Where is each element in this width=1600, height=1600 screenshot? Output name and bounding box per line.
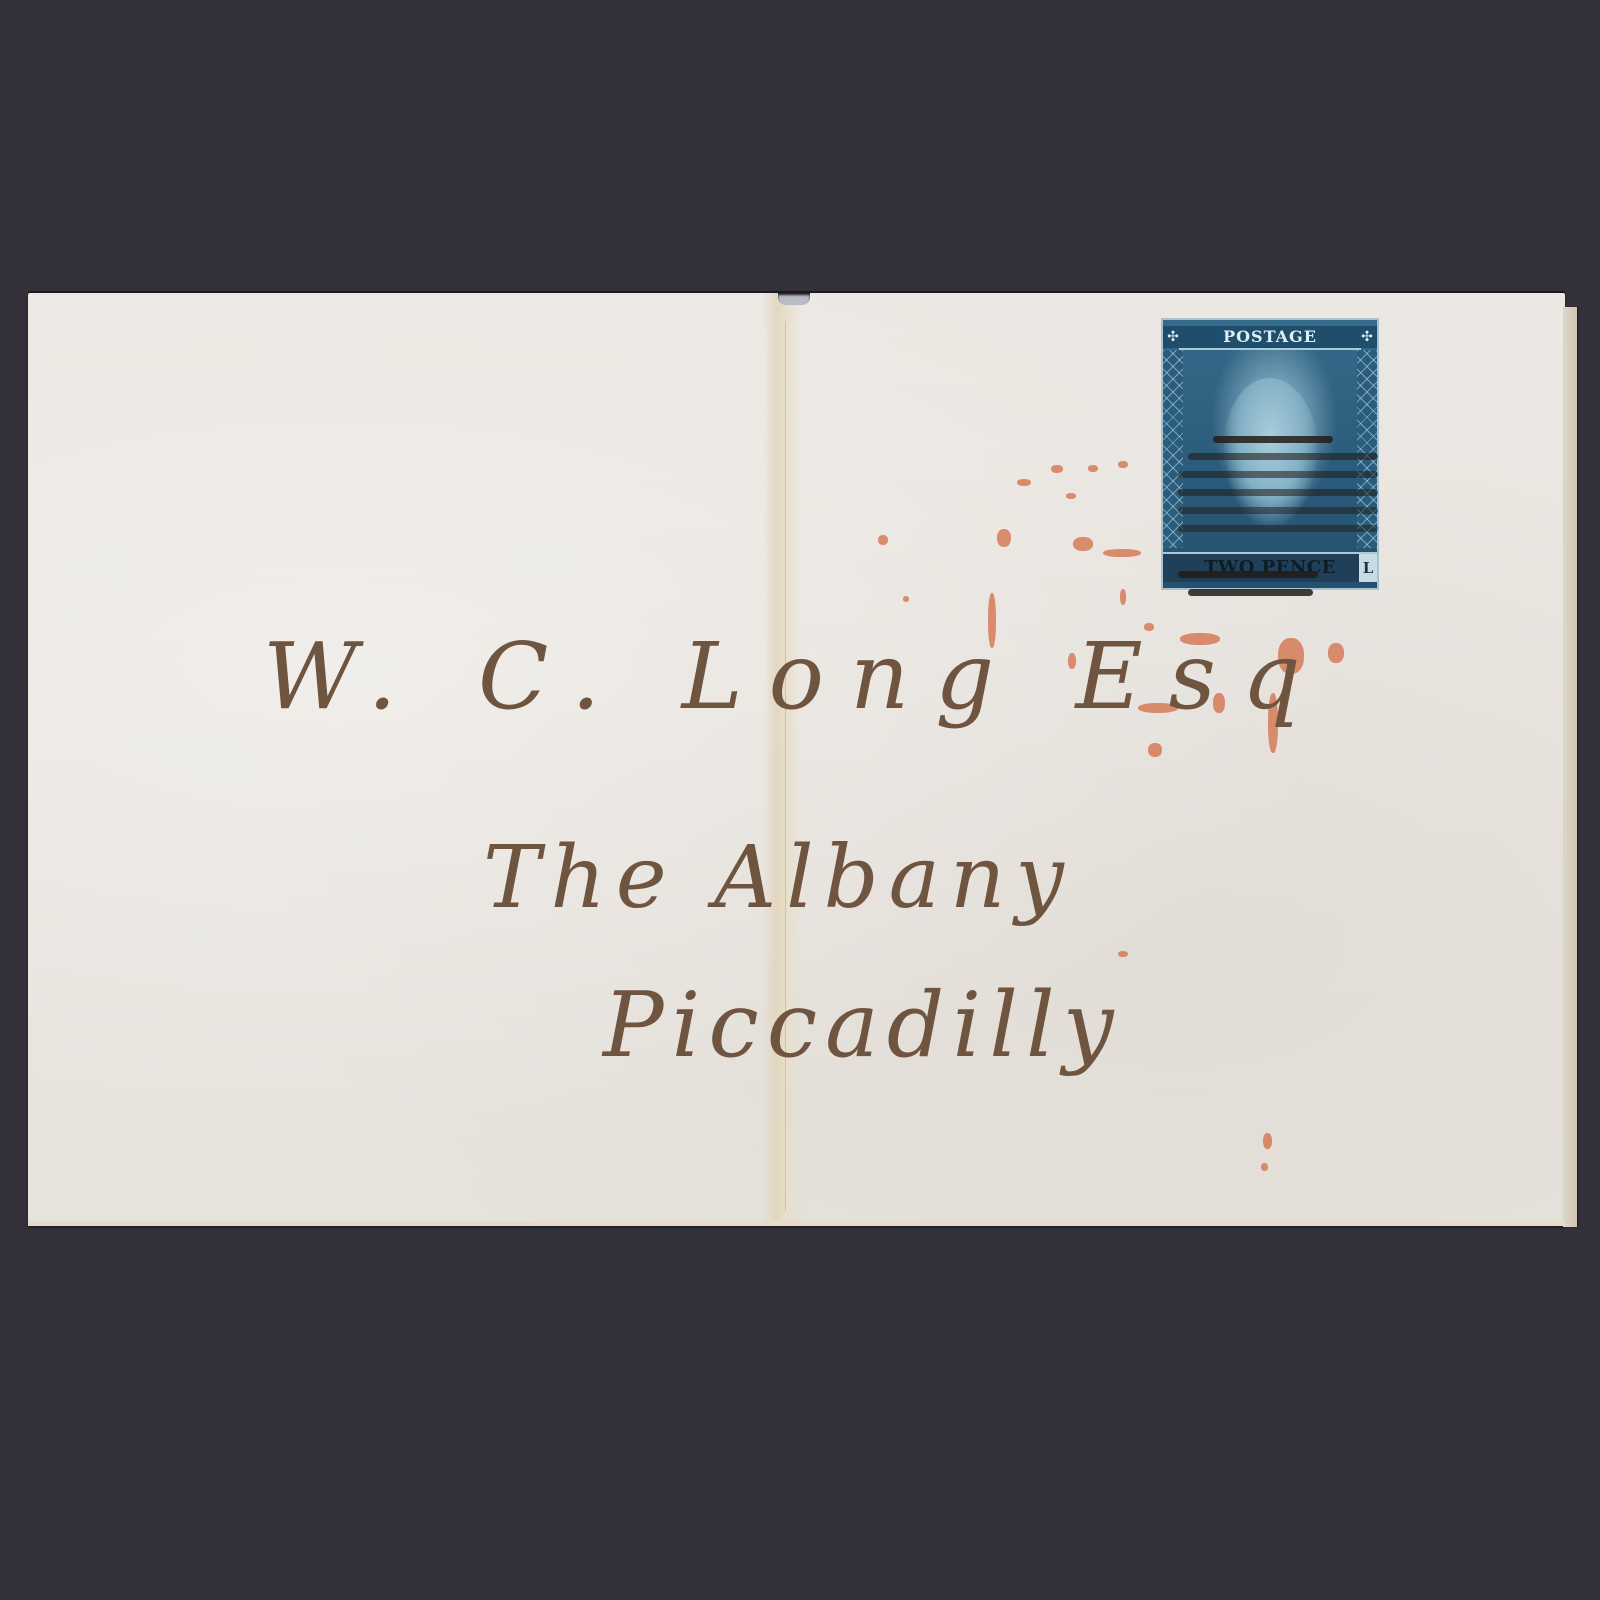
top-notch	[778, 293, 810, 305]
address-line-street: Piccadilly	[603, 973, 1122, 1078]
address-line-building: The Albany	[483, 828, 1074, 928]
right-flap-edge	[1563, 307, 1577, 1227]
center-fold	[763, 293, 801, 1226]
stamp-postage-label: POSTAGE	[1179, 326, 1361, 350]
star-ornament-icon: ✣	[1357, 326, 1377, 348]
stamp-side-lattice	[1163, 350, 1183, 548]
address-line-name: W. C. Long Esq	[263, 623, 1327, 730]
stamp-check-letter-right: L	[1359, 554, 1377, 582]
bottom-edge	[28, 1221, 1565, 1226]
letter-sheet: ✣ POSTAGE ✣ I TWO PENCE L W. C. Long Esq…	[28, 293, 1565, 1226]
stamp-side-lattice	[1357, 350, 1377, 548]
